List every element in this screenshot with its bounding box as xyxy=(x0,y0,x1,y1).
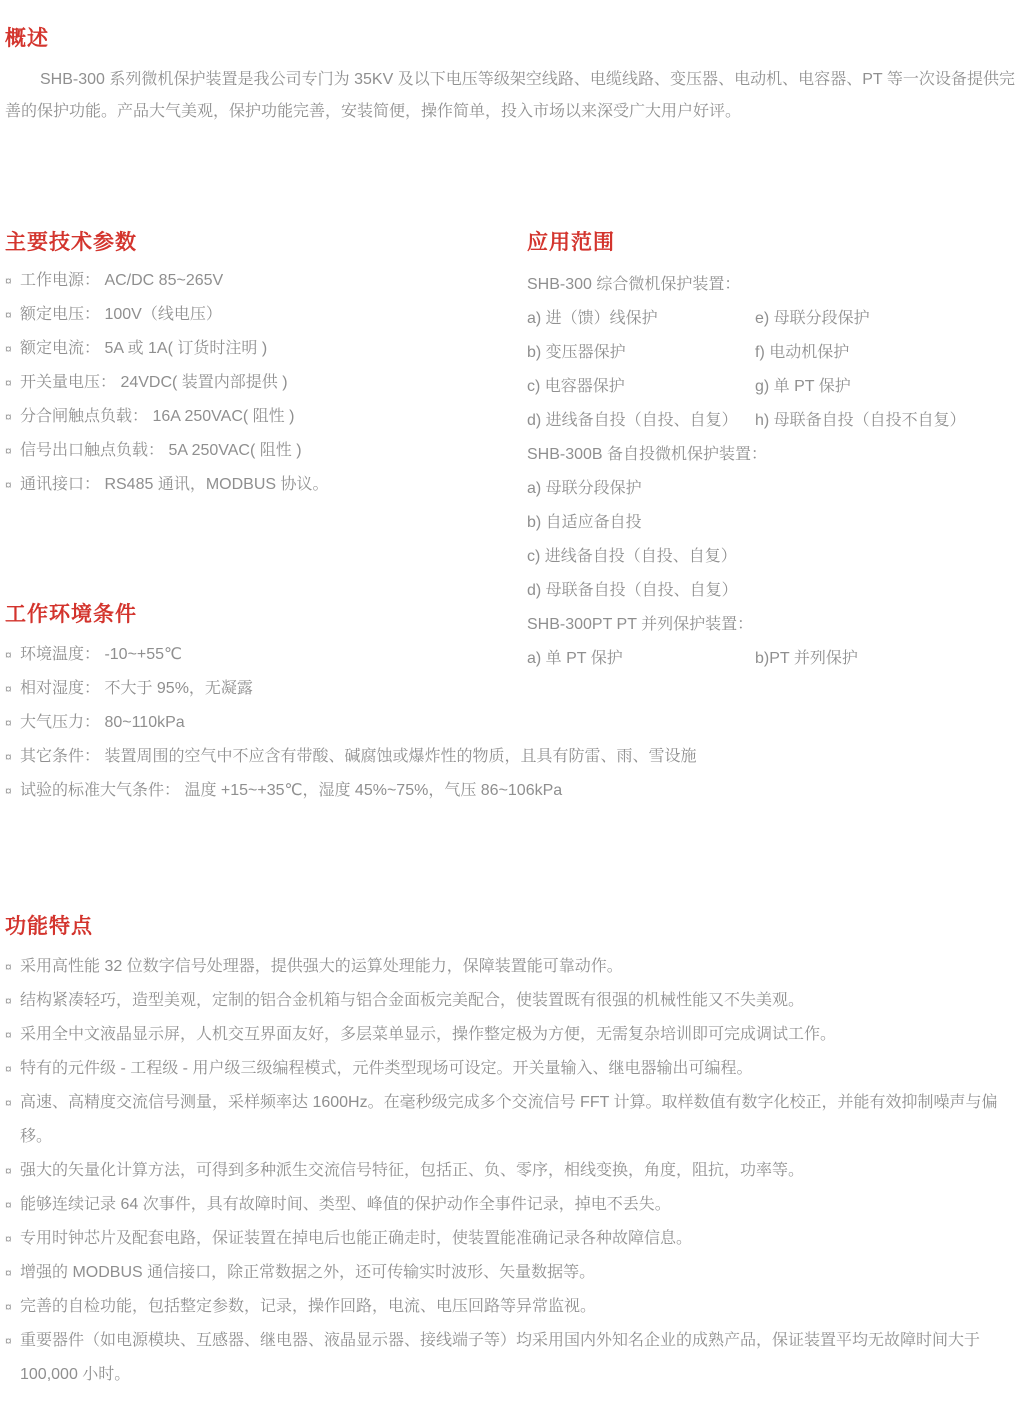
feature-text: 专用时钟芯片及配套电路，保证装置在掉电后也能正确走时，使装置能准确记录各种故障信… xyxy=(20,1222,1017,1256)
feature-item: ¤采用全中文液晶显示屏，人机交互界面友好，多层菜单显示，操作整定极为方便，无需复… xyxy=(5,1018,1017,1052)
application-item: c) 进线备自投（自投、自复） xyxy=(527,540,1015,574)
application-item: a) 母联分段保护 xyxy=(527,472,1015,506)
tech-param-item: ¤额定电压： 100V（线电压） xyxy=(5,298,520,332)
feature-text: 增强的 MODBUS 通信接口，除正常数据之外，还可传输实时波形、矢量数据等。 xyxy=(20,1256,1017,1290)
feature-text: 能够连续记录 64 次事件，具有故障时间、类型、峰值的保护动作全事件记录，掉电不… xyxy=(20,1188,1017,1222)
feature-text: 完善的自检功能，包括整定参数，记录，操作回路，电流、电压回路等异常监视。 xyxy=(20,1290,1017,1324)
environment-item: ¤环境温度： -10~+55℃ xyxy=(5,638,1015,672)
square-bullet-icon: ¤ xyxy=(5,1256,20,1290)
feature-text: 特有的元件级 - 工程级 - 用户级三级编程模式，元件类型现场可设定。开关量输入… xyxy=(20,1052,1017,1086)
tech-param-item: ¤信号出口触点负载： 5A 250VAC( 阻性 ) xyxy=(5,434,520,468)
application-item: e) 母联分段保护 xyxy=(755,302,1015,336)
square-bullet-icon: ¤ xyxy=(5,1324,20,1358)
product-spec-page: { "colors": { "heading_red": "#d3342d", … xyxy=(0,0,1020,1409)
square-bullet-icon: ¤ xyxy=(5,1052,20,1086)
environment-item: ¤试验的标准大气条件： 温度 +15~+35℃，湿度 45%~75%，气压 86… xyxy=(5,774,1015,808)
feature-item: ¤采用高性能 32 位数字信号处理器，提供强大的运算处理能力，保障装置能可靠动作… xyxy=(5,950,1017,984)
feature-item: ¤能够连续记录 64 次事件，具有故障时间、类型、峰值的保护动作全事件记录，掉电… xyxy=(5,1188,1017,1222)
features-heading: 功能特点 xyxy=(5,914,1017,940)
feature-text: 采用全中文液晶显示屏，人机交互界面友好，多层菜单显示，操作整定极为方便，无需复杂… xyxy=(20,1018,1017,1052)
application-heading: 应用范围 xyxy=(527,230,1015,256)
tech-params-section: 主要技术参数 ¤工作电源： AC/DC 85~265V ¤额定电压： 100V（… xyxy=(5,230,520,502)
tech-params-list: ¤工作电源： AC/DC 85~265V ¤额定电压： 100V（线电压） ¤额… xyxy=(5,264,520,502)
feature-text: 强大的矢量化计算方法，可得到多种派生交流信号特征，包括正、负、零序，相线变换，角… xyxy=(20,1154,1017,1188)
application-row: c) 电容器保护 g) 单 PT 保护 xyxy=(527,370,1015,404)
tech-param-item: ¤开关量电压： 24VDC( 装置内部提供 ) xyxy=(5,366,520,400)
application-item: a) 进（馈）线保护 xyxy=(527,302,755,336)
square-bullet-icon: ¤ xyxy=(5,1154,20,1188)
application-item: c) 电容器保护 xyxy=(527,370,755,404)
square-bullet-icon: ¤ xyxy=(5,706,20,740)
square-bullet-icon: ¤ xyxy=(5,774,20,808)
square-bullet-icon: ¤ xyxy=(5,332,20,366)
overview-heading: 概述 xyxy=(5,26,1015,52)
overview-paragraph: SHB-300 系列微机保护装置是我公司专门为 35KV 及以下电压等级架空线路… xyxy=(5,64,1015,128)
square-bullet-icon: ¤ xyxy=(5,366,20,400)
overview-section: 概述 SHB-300 系列微机保护装置是我公司专门为 35KV 及以下电压等级架… xyxy=(5,26,1015,128)
square-bullet-icon: ¤ xyxy=(5,1222,20,1256)
environment-heading: 工作环境条件 xyxy=(5,602,1015,628)
environment-section: 工作环境条件 ¤环境温度： -10~+55℃ ¤相对湿度： 不大于 95%，无凝… xyxy=(5,602,1015,808)
square-bullet-icon: ¤ xyxy=(5,984,20,1018)
square-bullet-icon: ¤ xyxy=(5,468,20,502)
application-item: d) 进线备自投（自投、自复） xyxy=(527,404,755,438)
tech-param-item: ¤通讯接口： RS485 通讯，MODBUS 协议。 xyxy=(5,468,520,502)
tech-param-text: 额定电流： 5A 或 1A( 订货时注明 ) xyxy=(20,332,520,366)
feature-item: ¤高速、高精度交流信号测量，采样频率达 1600Hz。在毫秒级完成多个交流信号 … xyxy=(5,1086,1017,1154)
application-group-title: SHB-300B 备自投微机保护装置： xyxy=(527,438,1015,472)
tech-param-text: 信号出口触点负载： 5A 250VAC( 阻性 ) xyxy=(20,434,520,468)
environment-text: 试验的标准大气条件： 温度 +15~+35℃，湿度 45%~75%，气压 86~… xyxy=(20,774,1015,808)
square-bullet-icon: ¤ xyxy=(5,638,20,672)
tech-param-item: ¤分合闸触点负载： 16A 250VAC( 阻性 ) xyxy=(5,400,520,434)
tech-param-item: ¤工作电源： AC/DC 85~265V xyxy=(5,264,520,298)
square-bullet-icon: ¤ xyxy=(5,400,20,434)
feature-text: 结构紧凑轻巧，造型美观，定制的铝合金机箱与铝合金面板完美配合，使装置既有很强的机… xyxy=(20,984,1017,1018)
feature-item: ¤完善的自检功能，包括整定参数，记录，操作回路，电流、电压回路等异常监视。 xyxy=(5,1290,1017,1324)
square-bullet-icon: ¤ xyxy=(5,1188,20,1222)
application-item: f) 电动机保护 xyxy=(755,336,1015,370)
tech-params-heading: 主要技术参数 xyxy=(5,230,520,256)
feature-item: ¤强大的矢量化计算方法，可得到多种派生交流信号特征，包括正、负、零序，相线变换，… xyxy=(5,1154,1017,1188)
environment-text: 环境温度： -10~+55℃ xyxy=(20,638,1015,672)
environment-item: ¤其它条件： 装置周围的空气中不应含有带酸、碱腐蚀或爆炸性的物质，且具有防雷、雨… xyxy=(5,740,1015,774)
feature-item: ¤结构紧凑轻巧，造型美观，定制的铝合金机箱与铝合金面板完美配合，使装置既有很强的… xyxy=(5,984,1017,1018)
tech-param-text: 通讯接口： RS485 通讯，MODBUS 协议。 xyxy=(20,468,520,502)
environment-text: 相对湿度： 不大于 95%，无凝露 xyxy=(20,672,1015,706)
tech-param-text: 分合闸触点负载： 16A 250VAC( 阻性 ) xyxy=(20,400,520,434)
application-item: h) 母联备自投（自投不自复） xyxy=(755,404,1015,438)
feature-item: ¤重要器件（如电源模块、互感器、继电器、液晶显示器、接线端子等）均采用国内外知名… xyxy=(5,1324,1017,1392)
environment-text: 大气压力： 80~110kPa xyxy=(20,706,1015,740)
feature-text: 采用高性能 32 位数字信号处理器，提供强大的运算处理能力，保障装置能可靠动作。 xyxy=(20,950,1017,984)
square-bullet-icon: ¤ xyxy=(5,740,20,774)
square-bullet-icon: ¤ xyxy=(5,434,20,468)
feature-item: ¤特有的元件级 - 工程级 - 用户级三级编程模式，元件类型现场可设定。开关量输… xyxy=(5,1052,1017,1086)
environment-item: ¤大气压力： 80~110kPa xyxy=(5,706,1015,740)
square-bullet-icon: ¤ xyxy=(5,298,20,332)
environment-list: ¤环境温度： -10~+55℃ ¤相对湿度： 不大于 95%，无凝露 ¤大气压力… xyxy=(5,638,1015,808)
application-item: b) 自适应备自投 xyxy=(527,506,1015,540)
environment-text: 其它条件： 装置周围的空气中不应含有带酸、碱腐蚀或爆炸性的物质，且具有防雷、雨、… xyxy=(20,740,1015,774)
application-item: b) 变压器保护 xyxy=(527,336,755,370)
features-section: 功能特点 ¤采用高性能 32 位数字信号处理器，提供强大的运算处理能力，保障装置… xyxy=(5,914,1017,1392)
feature-item: ¤专用时钟芯片及配套电路，保证装置在掉电后也能正确走时，使装置能准确记录各种故障… xyxy=(5,1222,1017,1256)
square-bullet-icon: ¤ xyxy=(5,264,20,298)
features-list: ¤采用高性能 32 位数字信号处理器，提供强大的运算处理能力，保障装置能可靠动作… xyxy=(5,950,1017,1392)
feature-text: 重要器件（如电源模块、互感器、继电器、液晶显示器、接线端子等）均采用国内外知名企… xyxy=(20,1324,1017,1392)
application-group-title: SHB-300 综合微机保护装置： xyxy=(527,268,1015,302)
environment-item: ¤相对湿度： 不大于 95%，无凝露 xyxy=(5,672,1015,706)
square-bullet-icon: ¤ xyxy=(5,1086,20,1120)
application-row: b) 变压器保护 f) 电动机保护 xyxy=(527,336,1015,370)
square-bullet-icon: ¤ xyxy=(5,672,20,706)
square-bullet-icon: ¤ xyxy=(5,950,20,984)
application-row: a) 进（馈）线保护 e) 母联分段保护 xyxy=(527,302,1015,336)
feature-item: ¤增强的 MODBUS 通信接口，除正常数据之外，还可传输实时波形、矢量数据等。 xyxy=(5,1256,1017,1290)
square-bullet-icon: ¤ xyxy=(5,1290,20,1324)
tech-param-text: 工作电源： AC/DC 85~265V xyxy=(20,264,520,298)
tech-param-item: ¤额定电流： 5A 或 1A( 订货时注明 ) xyxy=(5,332,520,366)
feature-text: 高速、高精度交流信号测量，采样频率达 1600Hz。在毫秒级完成多个交流信号 F… xyxy=(20,1086,1017,1154)
tech-param-text: 开关量电压： 24VDC( 装置内部提供 ) xyxy=(20,366,520,400)
application-item: g) 单 PT 保护 xyxy=(755,370,1015,404)
application-row: d) 进线备自投（自投、自复） h) 母联备自投（自投不自复） xyxy=(527,404,1015,438)
square-bullet-icon: ¤ xyxy=(5,1018,20,1052)
tech-param-text: 额定电压： 100V（线电压） xyxy=(20,298,520,332)
